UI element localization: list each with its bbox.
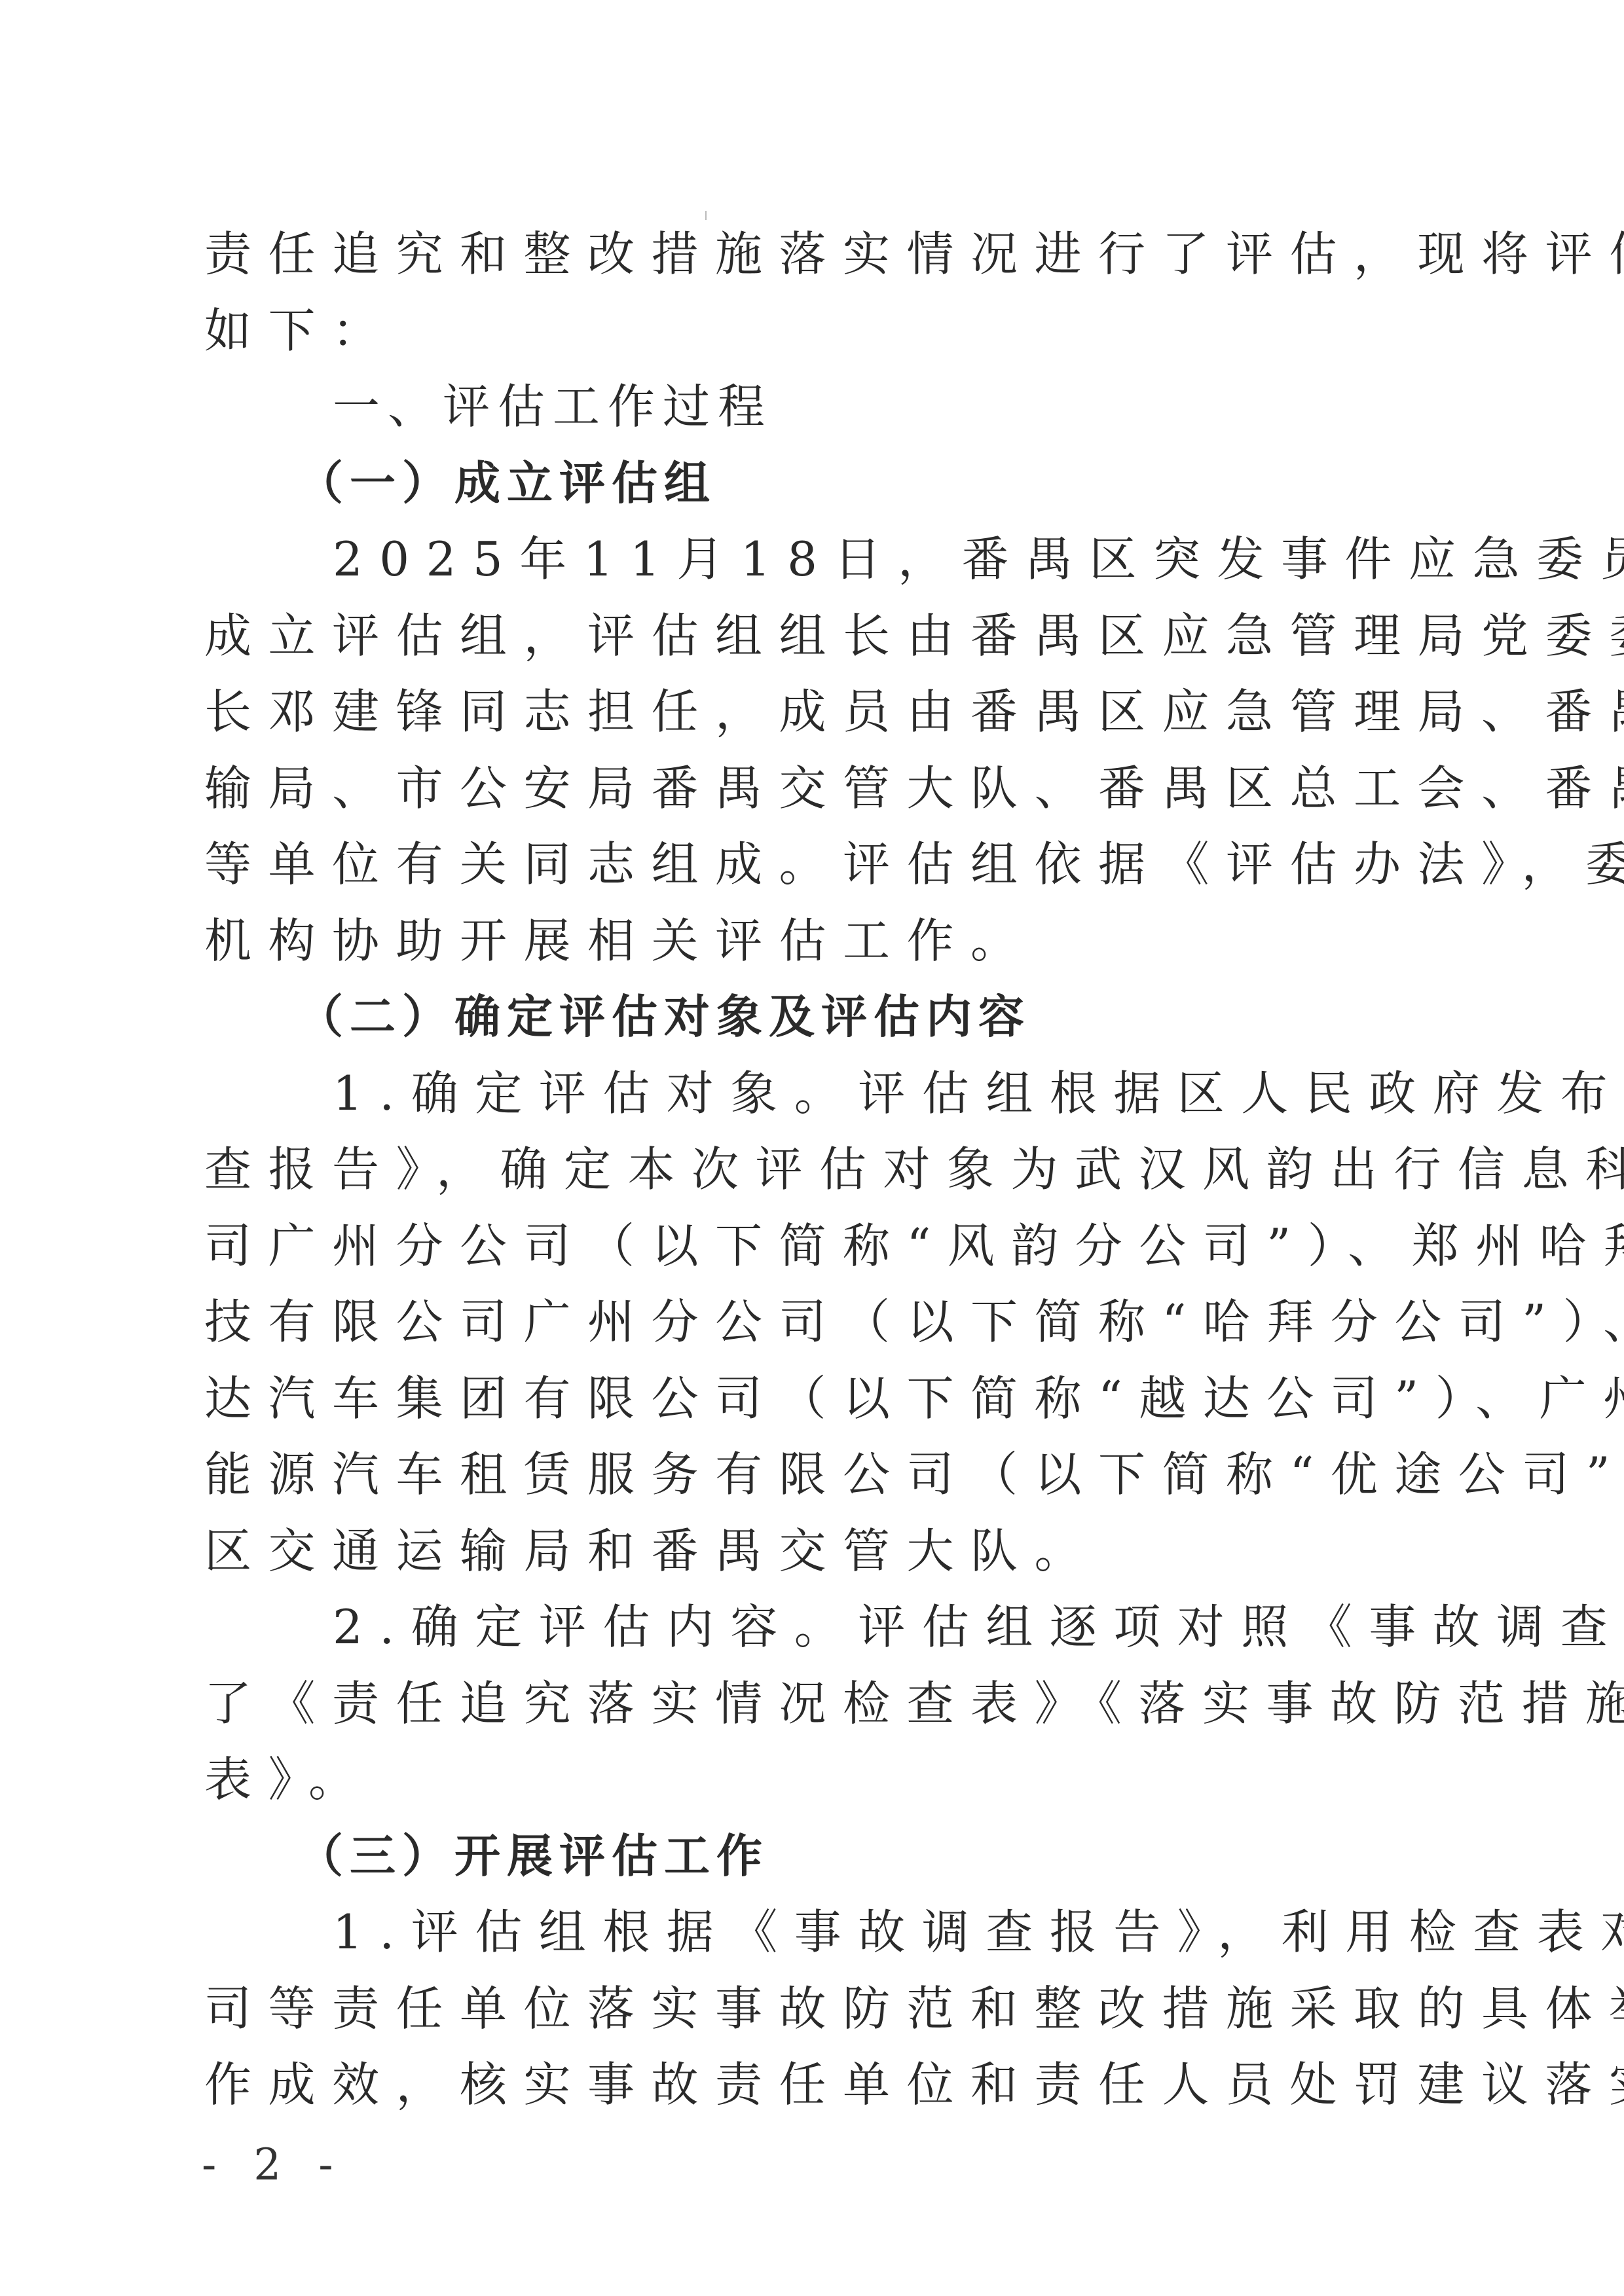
paragraph-line: 作成效，核实事故责任单位和责任人员处罚建议落实情况，并 <box>204 2047 1435 2123</box>
paragraph-line: 输局、市公安局番禺交管大队、番禺区总工会、番禺区洛浦街 <box>204 750 1435 827</box>
paragraph-line: 司等责任单位落实事故防范和整改措施采取的具体举措以及工 <box>204 1971 1435 2047</box>
paragraph-line: 2025年11月18日，番禺区突发事件应急委员会办公室牵头 <box>204 521 1435 598</box>
paragraph-line: 如下： <box>204 293 1435 369</box>
page-number: - 2 - <box>202 2140 345 2190</box>
paragraph-line: 表》。 <box>204 1741 1435 1818</box>
subsection-heading-3: （三）开展评估工作 <box>204 1818 1435 1895</box>
paragraph-line: 达汽车集团有限公司（以下简称“越达公司”）、广州优途新 <box>204 1360 1435 1437</box>
section-heading-1: 一、评估工作过程 <box>204 369 1435 445</box>
subsection-heading-1: （一）成立评估组 <box>204 445 1435 522</box>
document-body: 责任追究和整改措施落实情况进行了评估，现将评估情况报告 如下： 一、评估工作过程… <box>204 216 1435 2123</box>
paragraph-line: 1.确定评估对象。评估组根据区人民政府发布的《事故调 <box>204 1055 1435 1132</box>
paragraph-line: 责任追究和整改措施落实情况进行了评估，现将评估情况报告 <box>204 216 1435 293</box>
paragraph-line: 2.确定评估内容。评估组逐项对照《事故调查报告》编写 <box>204 1589 1435 1666</box>
subsection-heading-2: （二）确定评估对象及评估内容 <box>204 979 1435 1055</box>
paragraph-line: 成立评估组，评估组组长由番禺区应急管理局党委委员、副局 <box>204 598 1435 674</box>
paragraph-line: 机构协助开展相关评估工作。 <box>204 903 1435 979</box>
paragraph-line: 技有限公司广州分公司（以下简称“哈拜分公司”）、广东越 <box>204 1284 1435 1360</box>
paragraph-line: 查报告》，确定本次评估对象为武汉风韵出行信息科技有限公 <box>204 1131 1435 1208</box>
paragraph-line: 能源汽车租赁服务有限公司（以下简称“优途公司”）、番禺 <box>204 1436 1435 1513</box>
paragraph-line: 区交通运输局和番禺交管大队。 <box>204 1513 1435 1590</box>
paragraph-line: 司广州分公司（以下简称“风韵分公司”）、郑州哈拜网络科 <box>204 1208 1435 1285</box>
paragraph-line: 等单位有关同志组成。评估组依据《评估办法》，委托第三方 <box>204 826 1435 903</box>
paragraph-line: 长邓建锋同志担任，成员由番禺区应急管理局、番禺区交通运 <box>204 674 1435 750</box>
paragraph-line: 1.评估组根据《事故调查报告》，利用检查表对风韵分公 <box>204 1894 1435 1971</box>
paragraph-line: 了《责任追究落实情况检查表》《落实事故防范措施检查 <box>204 1666 1435 1742</box>
